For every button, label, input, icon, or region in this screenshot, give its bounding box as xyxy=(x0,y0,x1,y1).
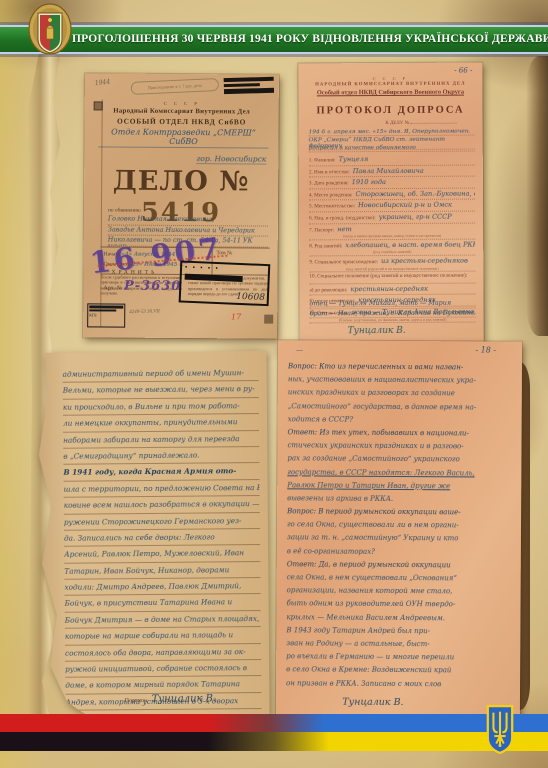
date-line: 194 6 г. апреля мес. «15» дня. Я, Оперуп… xyxy=(309,129,475,137)
field-note: (род занятий родителей и их имущественно… xyxy=(309,266,475,271)
manuscript-line: Бойчук, в присутствии Татарина Ивана и xyxy=(65,594,261,612)
manuscript-line: го села Окна, существовали ли в нем орга… xyxy=(287,519,511,534)
manuscript-line: в её со-организаторах? xyxy=(287,545,511,560)
manuscript-line: которые на марше собирали на площадь и xyxy=(65,627,261,645)
manuscript-line: ружной инициативой, собрание состоялось … xyxy=(65,660,261,678)
field-label: 5. Местожительство: xyxy=(309,204,355,210)
interrogation-protocol-document: - 66 - С С С Р НАРОДНЫЙ КОМИССАРИАТ ВНУТ… xyxy=(298,63,483,343)
header-banner: ПРОГОЛОШЕННЯ 30 ЧЕРВНЯ 1941 РОКУ ВІДНОВЛ… xyxy=(0,25,548,54)
manuscript-line: административный период об имени Мушин- xyxy=(63,365,259,383)
small-stamp: КГБ xyxy=(87,303,125,327)
manuscript-line: быть одним из руководителей ОУН твердо- xyxy=(287,598,511,613)
field-value-handwritten: крестьянин-середняк xyxy=(350,285,428,293)
manuscript-line: государства, в СССР находятся: Легкого В… xyxy=(287,466,511,481)
field-label: 4. Место рождения: xyxy=(309,192,353,198)
manuscript-line: Вельми, которые не выезжали, через мени … xyxy=(63,381,259,399)
field-label: 10. Социальное положение (род занятий и … xyxy=(309,273,467,280)
signature-handwritten: Тунцалик В. xyxy=(276,696,470,708)
manuscript-line: Вопрос: В период румынской оккупации ваш… xyxy=(287,505,511,520)
city-handwritten: гор. Новосибирск xyxy=(197,154,267,164)
role-line: допросил в качестве обвиняемого xyxy=(309,145,475,153)
manuscript-line: вывезены из архива в РККА. xyxy=(287,492,511,507)
manuscript-line: да. Записались на себе дворы: Легкого xyxy=(64,529,260,547)
field-value-handwritten: Сторожинец, об. Зап.-Буковина, д. м. Окн… xyxy=(355,189,475,198)
manuscript-line: инских праздниках и разговорах за создан… xyxy=(288,387,512,402)
pencil-note: 1944 xyxy=(95,79,111,88)
field-value-handwritten: хлебопашец, в наст. время боец РККА, 194… xyxy=(345,240,475,249)
curled-page-edge xyxy=(526,56,548,336)
manuscript-line: наборами забирали на каторгу для переезд… xyxy=(63,431,259,449)
field-value-handwritten: украинец, гр-н СССР xyxy=(379,213,452,221)
poster-page: ПРОГОЛОШЕННЯ 30 ЧЕРВНЯ 1941 РОКУ ВІДНОВЛ… xyxy=(0,0,548,768)
manuscript-lines: административный период об имени Мушин-В… xyxy=(63,365,262,711)
protocol-field: 9. Социальное происхождение: из крестьян… xyxy=(309,256,475,272)
tryzub-emblem-icon xyxy=(485,703,515,756)
stamp-bar xyxy=(185,274,243,282)
field-value-handwritten: нет xyxy=(337,225,352,233)
pencil-scribble: 4249-53 30.VII xyxy=(129,309,160,315)
banner-title: ПРОГОЛОШЕННЯ 30 ЧЕРВНЯ 1941 РОКУ ВІДНОВЛ… xyxy=(0,27,548,52)
manuscript-line: ружении Сторожинецкого Германского уез- xyxy=(64,513,260,531)
smersh-department-handwritten: Отдел Контрразведки „СМЕРШ“ СибВО xyxy=(98,127,268,148)
family-line: брат — Иван, прожив. с. Карапчив на Буко… xyxy=(310,308,476,318)
manuscript-line: он призван в РККА. Записано с моих слов xyxy=(286,677,510,692)
manuscript-line: села Окна, в нем существовали „Основания… xyxy=(287,571,511,586)
archive-stamp: ▪ ▪ ▪ ▪ ▪ 10608 xyxy=(179,260,271,306)
accusation-label: по обвинению xyxy=(108,207,141,213)
manuscript-line: зван на Родину — а остальные, быст- xyxy=(286,637,510,652)
field-value-handwritten: из крестьян-середняков xyxy=(381,257,468,265)
manuscript-line: ро въехали в Германию — и многие перешли xyxy=(286,650,510,665)
manuscript-lines: Вопрос: Кто из перечисленных и вами назв… xyxy=(286,360,512,691)
field-note: (когда и каким органом выдан, номер, сер… xyxy=(309,234,475,239)
case-ref-label: К ДЕЛУ № xyxy=(385,121,409,126)
dotted-blank xyxy=(411,123,457,124)
ussr-caption: С С С Р xyxy=(85,100,279,106)
family-extra-lines: отец — Тунцеля Михаил, мать — Мария Петр… xyxy=(310,299,476,319)
manuscript-line: в „Семиградщину“ принадлежало. xyxy=(63,447,259,465)
manuscript-line: состоялось оба двора, направляющими за о… xyxy=(65,644,261,662)
commissariat-line: НАРОДНЫЙ КОМИССАРИАТ ВНУТРЕННИХ ДЕЛ xyxy=(298,82,482,88)
special-department-line: ОСОБЫЙ ОТДЕЛ НКВД СибВО xyxy=(85,116,279,126)
manuscript-line: рах за создание „Самостийного“ украинско… xyxy=(287,453,511,468)
protocol-title: ПРОТОКОЛ ДОПРОСА xyxy=(298,105,482,117)
manuscript-line: шла с территории, по предложению Совета … xyxy=(64,480,260,498)
case-file-cover-document: 1944 Присоединено к т. 7 арх. дела С С С… xyxy=(83,73,279,338)
protocol-field: 5. Местожительство: Новосибирский р-н и … xyxy=(309,201,475,212)
manuscript-line: В 1943 году Татарин Андрей был при- xyxy=(286,624,510,639)
field-value-handwritten: 1910 года xyxy=(352,178,386,186)
field-label: 9. Социальное происхождение: xyxy=(309,259,378,265)
manuscript-line: крылых — Мельника Василем Андреевым. xyxy=(286,611,510,626)
page-number: - 66 - xyxy=(454,67,472,75)
manuscript-line: организации, названия которой мне стало, xyxy=(287,585,511,600)
manuscript-line: ковине всем нашлось разобраться в оккупа… xyxy=(64,496,260,514)
handwritten-testimony-left: административный период об имени Мушин-В… xyxy=(28,351,269,717)
bukovina-coat-of-arms-icon xyxy=(27,1,73,57)
protocol-field: 10. Социальное положение (род занятий и … xyxy=(309,273,475,284)
field-label: а) до революции: xyxy=(309,287,347,293)
manuscript-line: ходится в СССР? xyxy=(288,413,512,428)
protocol-field: 3. Дата рождения: 1910 года xyxy=(309,178,475,189)
field-value-handwritten: Новосибирский р-н и Омск xyxy=(358,201,452,209)
case-label: ДЕЛО № xyxy=(113,166,250,198)
ussr-caption: С С С Р xyxy=(298,76,482,82)
manuscript-line: ных, участвовавших в националистических … xyxy=(288,374,512,389)
flag-top-stripe xyxy=(0,714,548,732)
black-stamp-icon xyxy=(224,77,274,94)
manuscript-line: Бойчук Дмитрия — в доме на Старых площад… xyxy=(65,611,261,629)
archive-number-line: Арх. № Р-3630 xyxy=(103,278,181,294)
protocol-field: 8. Род занятий: хлебопашец, в наст. врем… xyxy=(309,240,475,256)
field-label: 3. Дата рождения: xyxy=(309,180,349,186)
manuscript-line: Вопрос: Кто из перечисленных и вами назв… xyxy=(288,360,512,375)
footer-flags-band xyxy=(0,714,548,751)
archive-label: Арх. № xyxy=(103,285,122,291)
field-label: 8. Род занятий: xyxy=(309,243,342,249)
manuscript-line: Ответ: Из тех утех, побывавших в национа… xyxy=(288,426,512,441)
manuscript-line: ки происходило, в Вильне и при том работ… xyxy=(63,398,259,416)
manuscript-line: Татарин, Иван Бойчук, Никанор, дворами xyxy=(64,562,260,580)
archive-stamp-number: 10608 xyxy=(236,292,265,303)
manuscript-line: Равлюк Петро и Татарин Иван, другие же xyxy=(287,479,511,494)
manuscript-line: ходили: Дмитро Андреев, Павлюк Дмитрий, xyxy=(64,578,260,596)
red-page-number: 17 xyxy=(231,312,241,321)
corner-dash: — xyxy=(296,346,303,354)
manuscript-line: ли немецкие оккупанты, принудительными xyxy=(63,414,259,432)
manuscript-line: зации за т. н. „самостийную“ Украину и к… xyxy=(287,532,511,547)
manuscript-line: В 1941 году, когда Красная Армия ото- xyxy=(63,463,259,481)
department-line: Особый отдел НКВД Сибирского Военного Ок… xyxy=(298,89,482,97)
protocol-field: 1. Фамилия: Тунцеля xyxy=(309,155,475,166)
flag-bottom-stripe xyxy=(0,732,548,751)
field-value-handwritten: Тунцеля xyxy=(339,155,369,163)
corner-mark xyxy=(264,315,273,324)
field-label: 2. Имя и отчество: xyxy=(309,169,350,175)
protocol-field: 2. Имя и отчество: Павла Михайловича xyxy=(309,166,475,177)
signature-row: Подпись: Тунцалик В. xyxy=(71,688,269,708)
manuscript-line: Ответ: Да, в период румынской оккупации xyxy=(287,558,511,573)
case-reference: К ДЕЛУ № xyxy=(385,121,456,126)
oval-stamp-note: Присоединено к т. 7 арх. дела xyxy=(131,78,219,95)
manuscript-line: в село Окна в Кремне: Воздвиженский край xyxy=(286,664,510,679)
protocol-field: 6. Нац. и гражд. (подданство): украинец,… xyxy=(309,213,475,224)
field-note: (род службы и занятий) xyxy=(309,250,475,255)
field-label: 6. Нац. и гражд. (подданство): xyxy=(309,215,376,221)
page-number: - 18 - xyxy=(475,345,496,354)
field-value-handwritten: Павла Михайловича xyxy=(353,166,424,174)
manuscript-line: стических украинских праздниках и в разг… xyxy=(287,439,511,454)
manuscript-line: „Самостийного“ государства, в данное вре… xyxy=(288,400,512,415)
field-label: 1. Фамилия: xyxy=(309,157,336,163)
protocol-field: а) до революции: крестьянин-середняк xyxy=(309,284,475,295)
protocol-field: 7. Паспорт: нет (когда и каким органом в… xyxy=(309,224,475,240)
field-label: 7. Паспорт: xyxy=(309,227,334,233)
manuscript-line: Арсений, Равлюк Петро, Мужеловский, Иван xyxy=(64,545,260,563)
commissariat-line: Народный Комиссариат Внутренних Дел xyxy=(85,107,279,115)
protocol-field: 4. Место рождения: Сторожинец, об. Зап.-… xyxy=(309,189,475,200)
signature-handwritten: Тунцалик В. xyxy=(152,693,217,705)
signature-handwritten: Тунцалик В. xyxy=(300,326,454,337)
archive-number: Р-3630 xyxy=(124,279,181,294)
small-stamp-text: КГБ xyxy=(89,312,123,317)
signature-label: Подпись: xyxy=(125,698,148,704)
handwritten-testimony-right: — - 18 - Вопрос: Кто из перечисленных и … xyxy=(276,340,522,718)
